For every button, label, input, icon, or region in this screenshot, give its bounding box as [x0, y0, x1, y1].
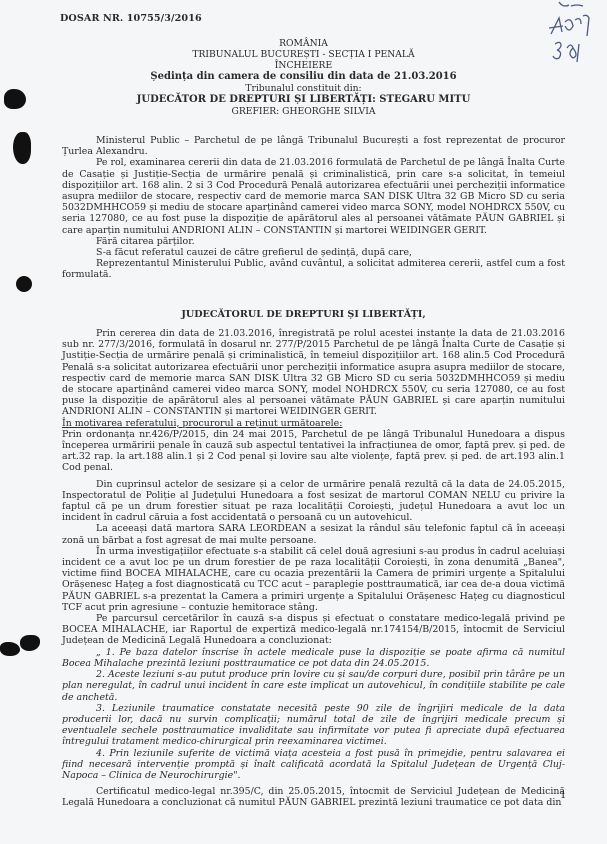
header-session: Ședința din camera de consiliu din data … [0, 71, 607, 82]
punch-hole-mark [4, 89, 26, 109]
paragraph: Pe parcursul cercetărilor în cauză s-a d… [62, 613, 565, 647]
intro-paragraph: S-a făcut referatul cauzei de către gref… [62, 247, 565, 258]
intro-paragraph: Ministerul Public – Parchetul de pe lâng… [62, 135, 565, 157]
intro-paragraph: Fără citarea părților. [62, 236, 565, 247]
intro-section: Ministerul Public – Parchetul de pe lâng… [62, 135, 565, 281]
quote-paragraph: 4. Prin leziunile suferite de victimă vi… [62, 748, 565, 782]
header-clerk: GREFIER: GHEORGHE SILVIA [0, 106, 607, 117]
quote-paragraph: 3. Leziunile traumatice constatate neces… [62, 703, 565, 748]
header-constituted: Tribunalul constituit din: [0, 83, 607, 94]
paragraph: Certificatul medico-legal nr.395/C, din … [62, 786, 565, 808]
document-page: DOSAR NR. 10755/3/2016 ROMÂNIA TRIBUNALU… [0, 0, 607, 844]
intro-paragraph: Pe rol, examinarea cererii din data de 2… [62, 157, 565, 235]
header-country: ROMÂNIA [0, 38, 607, 49]
header-court: TRIBUNALUL BUCUREȘTI - SECȚIA I PENALĂ [0, 49, 607, 60]
paragraph: În urma investigațiilor efectuate s-a st… [62, 546, 565, 613]
header-judge: JUDECĂTOR DE DREPTURI ȘI LIBERTĂȚI: STEG… [0, 94, 607, 105]
punch-hole-mark [16, 276, 32, 292]
paragraph: Prin ordonanța nr.426/P/2015, din 24 mai… [62, 429, 565, 474]
motivation-heading: În motivarea referatului, procurorul a r… [62, 418, 565, 429]
paragraph: La aceeași dată martora SARA LEORDEAN a … [62, 523, 565, 545]
main-section: Prin cererea din data de 21.03.2016, înr… [62, 328, 565, 809]
punch-hole-mark [0, 642, 20, 656]
quote-paragraph: „ 1. Pe baza datelor înscrise în actele … [62, 647, 565, 669]
paragraph: Prin cererea din data de 21.03.2016, înr… [62, 328, 565, 418]
section-title: JUDECĂTORUL DE DREPTURI ȘI LIBERTĂȚI, [0, 309, 607, 320]
punch-hole-mark [20, 635, 40, 651]
page-number: 1 [560, 790, 566, 801]
intro-paragraph: Reprezentantul Ministerului Public, avân… [62, 258, 565, 280]
quote-paragraph: 2. Aceste leziuni s-au putut produce pri… [62, 669, 565, 703]
header-doc-type: ÎNCHEIERE [0, 60, 607, 71]
punch-hole-mark [13, 132, 31, 164]
paragraph: Din cuprinsul actelor de sesizare și a c… [62, 479, 565, 524]
case-number: DOSAR NR. 10755/3/2016 [60, 13, 202, 24]
